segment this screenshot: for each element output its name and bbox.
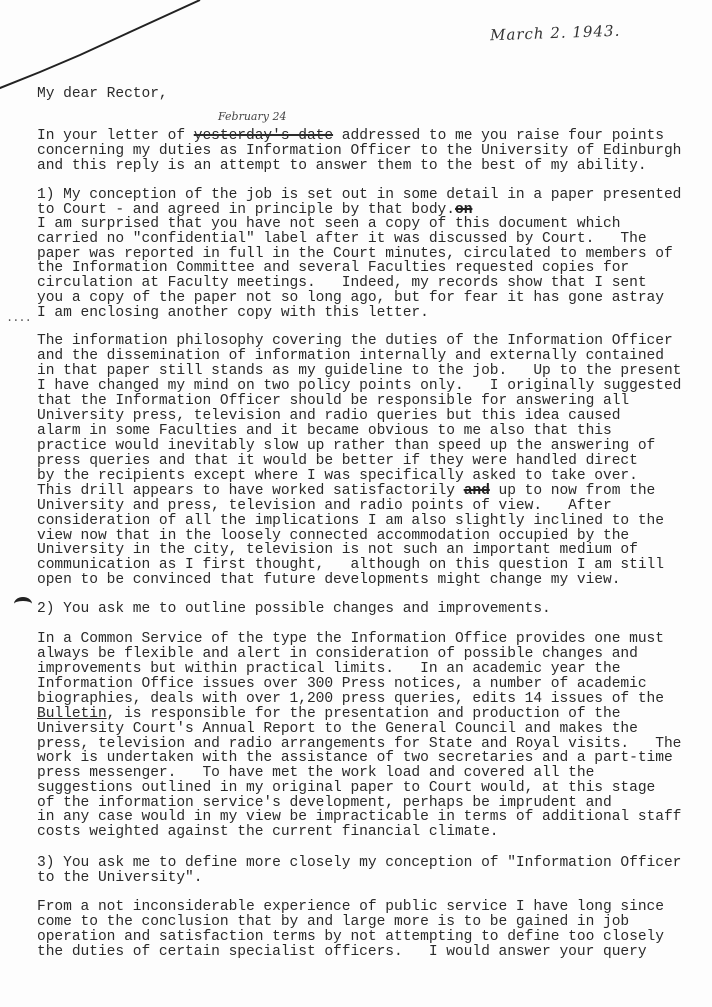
drill-text: up to now from the <box>490 483 655 499</box>
drill-line: This drill appears to have worked satisf… <box>37 484 655 499</box>
point3-line: operation and satisfaction terms by not … <box>37 930 664 945</box>
point1-line-1: 1) My conception of the job is set out i… <box>37 188 681 203</box>
point3-heading-line: 3) You ask me to define more closely my … <box>37 856 681 871</box>
philosophy-line: and the dissemination of information int… <box>37 349 664 364</box>
letter-page: March 2. 1943. My dear Rector, February … <box>0 0 712 1007</box>
philosophy-line: University press, television and radio q… <box>37 409 620 424</box>
point3-line: the duties of certain specialist officer… <box>37 945 647 960</box>
point2-line: in any case would in my view be impracti… <box>37 810 681 825</box>
point2-line: suggestions outlined in my original pape… <box>37 781 655 796</box>
handwritten-insert: February 24 <box>218 110 286 123</box>
philosophy-line: press queries and that it would be bette… <box>37 454 638 469</box>
philosophy-line: communication as I first thought, althou… <box>37 558 664 573</box>
intro-line-3: and this reply is an attempt to answer t… <box>37 159 647 174</box>
philosophy-line: consideration of all the implications I … <box>37 514 664 529</box>
point1-line: circulation at Faculty meetings. Indeed,… <box>37 276 647 291</box>
philosophy-line: University in the city, television is no… <box>37 543 638 558</box>
intro-line-1: In your letter of yesterday's date addre… <box>37 129 664 144</box>
intro-line-2: concerning my duties as Information Offi… <box>37 144 681 159</box>
point2-line: always be flexible and alert in consider… <box>37 647 638 662</box>
point1-line: paper was reported in full in the Court … <box>37 247 673 262</box>
philosophy-line: open to be convinced that future develop… <box>37 573 620 588</box>
point2-line: biographies, deals with over 1,200 press… <box>37 692 664 707</box>
point2-line: costs weighted against the current finan… <box>37 825 499 840</box>
philosophy-line: that the Information Officer should be r… <box>37 394 629 409</box>
fold-line-mark <box>0 0 290 100</box>
point1-line: you a copy of the paper not so long ago,… <box>37 291 664 306</box>
salutation: My dear Rector, <box>37 87 168 102</box>
margin-mark: .... <box>6 311 31 325</box>
intro-text: addressed to me you raise four points <box>333 128 664 144</box>
point2-line: Information Office issues over 300 Press… <box>37 677 647 692</box>
struck-text: yesterday's date <box>194 128 333 144</box>
philosophy-line: by the recipients except where I was spe… <box>37 469 638 484</box>
point3-line: come to the conclusion that by and large… <box>37 915 629 930</box>
point1-line: carried no "confidential" label after it… <box>37 232 647 247</box>
point1-line: the Information Committee and several Fa… <box>37 261 629 276</box>
point1-line: I am surprised that you have not seen a … <box>37 217 620 232</box>
point3-heading-line: to the University". <box>37 871 202 886</box>
crossed-out-text: and <box>464 483 490 499</box>
point2-line: press messenger. To have met the work lo… <box>37 766 594 781</box>
philosophy-line: in that paper still stands as my guideli… <box>37 364 681 379</box>
point2-line: improvements but within practical limits… <box>37 662 620 677</box>
bulletin-text: , is responsible for the presentation an… <box>107 706 621 722</box>
philosophy-line: University and press, television and rad… <box>37 499 612 514</box>
philosophy-line: practice would inevitably slow up rather… <box>37 439 655 454</box>
handwritten-date: March 2. 1943. <box>490 22 621 45</box>
philosophy-line: alarm in some Faculties and it became ob… <box>37 424 612 439</box>
point1-line: I am enclosing another copy with this le… <box>37 306 429 321</box>
bulletin-line: Bulletin, is responsible for the present… <box>37 707 620 722</box>
philosophy-line: I have changed my mind on two policy poi… <box>37 379 681 394</box>
point3-line: From a not inconsiderable experience of … <box>37 900 664 915</box>
point2-line: University Court's Annual Report to the … <box>37 722 638 737</box>
bulletin-title: Bulletin <box>37 706 107 722</box>
punch-hole-mark <box>14 597 32 611</box>
drill-text: This drill appears to have worked satisf… <box>37 483 464 499</box>
intro-text: In your letter of <box>37 128 194 144</box>
point2-line: In a Common Service of the type the Info… <box>37 632 664 647</box>
philosophy-line: view now that in the loosely connected a… <box>37 529 629 544</box>
philosophy-line: The information philosophy covering the … <box>37 334 673 349</box>
point2-heading: 2) You ask me to outline possible change… <box>37 602 551 617</box>
